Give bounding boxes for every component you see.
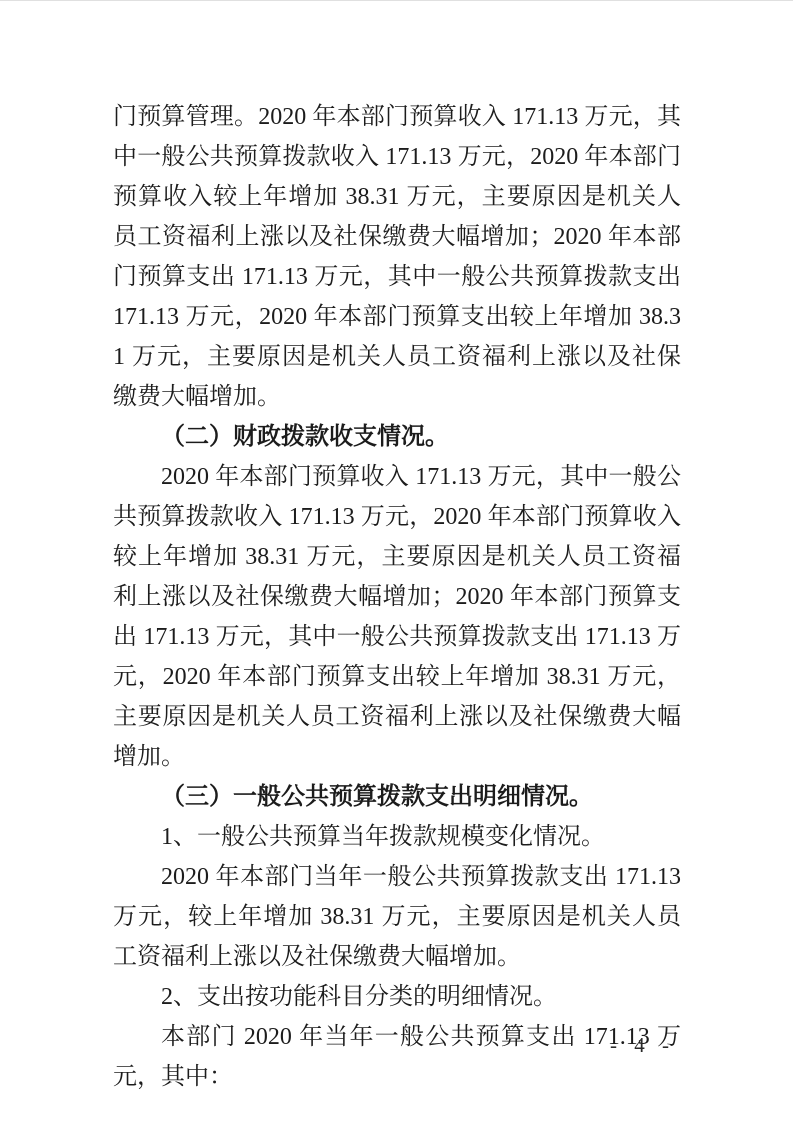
- paragraph-expenditure-intro: 本部门 2020 年当年一般公共预算支出 171.13 万元，其中：: [113, 1017, 681, 1097]
- document-page: 门预算管理。2020 年本部门预算收入 171.13 万元，其中一般公共预算拨款…: [0, 0, 793, 1122]
- page-number: - 4 -: [610, 1032, 675, 1058]
- paragraph-item-2-functional-classification: 2、支出按功能科目分类的明细情况。: [113, 977, 681, 1017]
- document-body: 门预算管理。2020 年本部门预算收入 171.13 万元，其中一般公共预算拨款…: [113, 97, 681, 1097]
- section-heading-fiscal-appropriation: （二）财政拨款收支情况。: [113, 417, 681, 457]
- section-heading-public-budget-expenditure-detail: （三）一般公共预算拨款支出明细情况。: [113, 777, 681, 817]
- paragraph-scale-change-detail: 2020 年本部门当年一般公共预算拨款支出 171.13 万元，较上年增加 38…: [113, 857, 681, 977]
- scan-edge-line: [0, 0, 793, 1]
- paragraph-fiscal-appropriation-detail: 2020 年本部门预算收入 171.13 万元，其中一般公共预算拨款收入 171…: [113, 457, 681, 777]
- paragraph-item-1-scale-change: 1、一般公共预算当年拨款规模变化情况。: [113, 817, 681, 857]
- paragraph-budget-overview-continuation: 门预算管理。2020 年本部门预算收入 171.13 万元，其中一般公共预算拨款…: [113, 97, 681, 417]
